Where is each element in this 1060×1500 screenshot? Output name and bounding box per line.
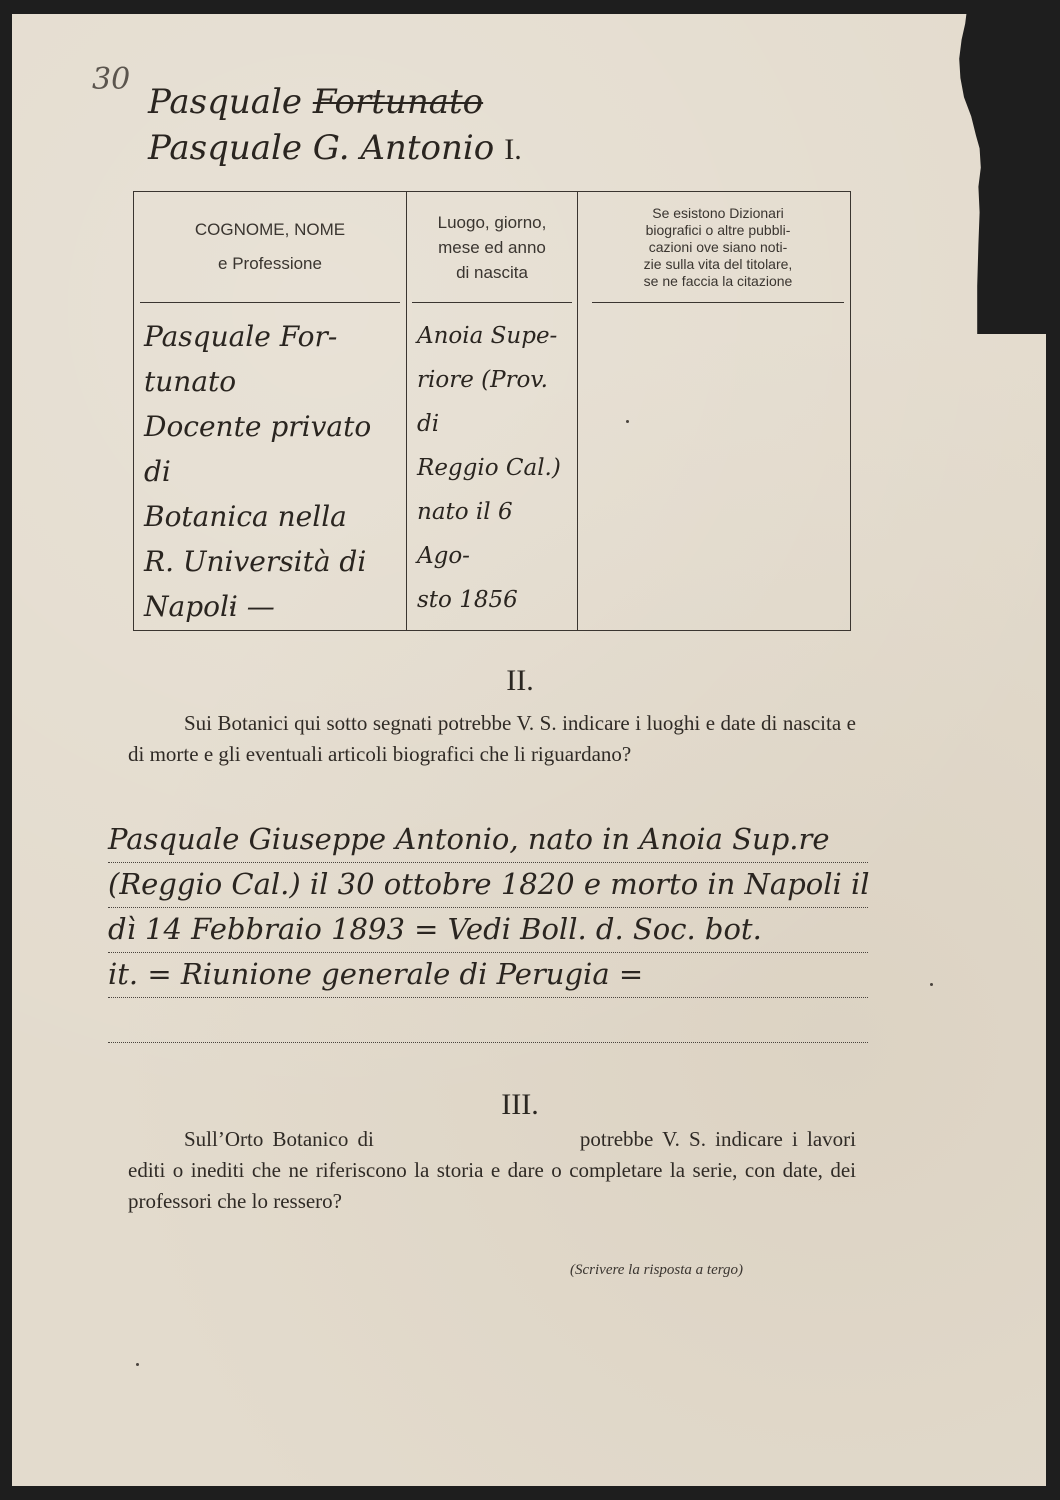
paper-speck bbox=[230, 606, 233, 609]
paper-speck bbox=[930, 983, 933, 986]
heading-struck-name: Fortunato bbox=[313, 82, 483, 122]
paper-speck bbox=[136, 1363, 139, 1366]
section-ii-question: Sui Botanici qui sotto segnati potrebbe … bbox=[128, 708, 856, 770]
question-text-start: Sull’Orto Botanico di bbox=[184, 1127, 374, 1151]
heading-original-name: Pasquale Fortunato bbox=[148, 82, 483, 122]
column-citation: Se esistono Dizionari biografici o altre… bbox=[586, 192, 850, 630]
header-line: e Professione bbox=[218, 247, 322, 281]
column-header: Se esistono Dizionari biografici o altre… bbox=[586, 192, 850, 302]
answer-line: Pasquale Giuseppe Antonio, nato in Anoia… bbox=[108, 818, 868, 863]
paper-speck bbox=[626, 420, 629, 423]
header-line: mese ed anno bbox=[438, 235, 546, 260]
answer-line: it. = Riunione generale di Perugia = bbox=[108, 953, 868, 998]
header-line: se ne faccia la citazione bbox=[644, 273, 793, 290]
entry-line: Napoli — bbox=[144, 584, 400, 629]
entry-line: Anoia Supe- bbox=[417, 314, 571, 358]
header-line: Se esistono Dizionari bbox=[652, 205, 784, 222]
header-rule bbox=[592, 302, 844, 303]
answer-line: (Reggio Cal.) il 30 ottobre 1820 e morto… bbox=[108, 863, 868, 908]
answer-line-blank[interactable] bbox=[108, 1032, 868, 1043]
entry-line: nato il 6 Ago- bbox=[417, 490, 571, 578]
entry-name-profession[interactable]: Pasquale For- tunato Docente privato di … bbox=[144, 314, 400, 629]
heading-corrected-text: Pasquale G. Antonio bbox=[148, 128, 494, 168]
entry-birth[interactable]: Anoia Supe- riore (Prov. di Reggio Cal.)… bbox=[417, 314, 571, 622]
header-rule bbox=[140, 302, 400, 303]
entry-line: R. Università di bbox=[144, 539, 400, 584]
header-line: COGNOME, NOME bbox=[195, 213, 345, 247]
column-header: Luogo, giorno, mese ed anno di nascita bbox=[407, 192, 577, 302]
section-ii-answer[interactable]: Pasquale Giuseppe Antonio, nato in Anoia… bbox=[108, 818, 868, 1043]
header-rule bbox=[412, 302, 572, 303]
entry-line: Reggio Cal.) bbox=[417, 446, 571, 490]
question-text: Sui Botanici qui sotto segnati potrebbe … bbox=[128, 711, 856, 766]
column-header: COGNOME, NOME e Professione bbox=[134, 192, 406, 302]
header-line: di nascita bbox=[456, 260, 528, 285]
column-birth: Luogo, giorno, mese ed anno di nascita A… bbox=[407, 192, 578, 630]
archive-number: 30 bbox=[92, 62, 130, 97]
heading-surname: Pasquale bbox=[148, 82, 302, 122]
entry-line: Pasquale For- bbox=[144, 314, 400, 359]
entry-line: Botanica nella bbox=[144, 494, 400, 539]
footnote: (Scrivere la risposta a tergo) bbox=[570, 1262, 743, 1279]
section-iii-number: III. bbox=[20, 1088, 1020, 1122]
entry-line: Docente privato di bbox=[144, 404, 400, 494]
entry-line: tunato bbox=[144, 359, 400, 404]
section-ii-number: II. bbox=[20, 664, 1020, 698]
entry-line: riore (Prov. di bbox=[417, 358, 571, 446]
heading-corrected-name: Pasquale G. AntonioI. bbox=[148, 128, 522, 168]
header-line: zie sulla vita del titolare, bbox=[644, 256, 793, 273]
header-line: cazioni ove siano noti- bbox=[649, 239, 788, 256]
section-iii-question: Sull’Orto Botanico dipotrebbe V. S. indi… bbox=[128, 1124, 856, 1217]
column-name-profession: COGNOME, NOME e Professione Pasquale For… bbox=[134, 192, 407, 630]
section-i-number: I. bbox=[504, 133, 522, 166]
header-line: biografici o altre pubbli- bbox=[646, 222, 791, 239]
entry-line: sto 1856 bbox=[417, 578, 571, 622]
answer-line: dì 14 Febbraio 1893 = Vedi Boll. d. Soc.… bbox=[108, 908, 868, 953]
header-line: Luogo, giorno, bbox=[438, 210, 547, 235]
biography-table: COGNOME, NOME e Professione Pasquale For… bbox=[133, 191, 851, 631]
